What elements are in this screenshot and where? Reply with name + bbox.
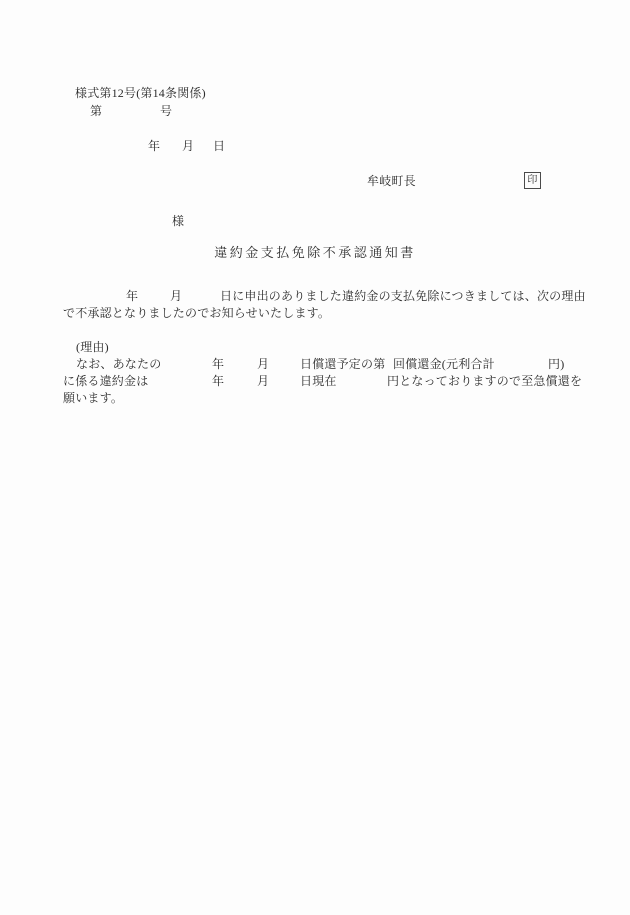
- issue-date-line: 年 月 日: [0, 139, 630, 154]
- penalty-lead-text: に係る違約金は: [63, 374, 148, 389]
- form-number: 様式第12号(第14条関係): [75, 86, 206, 101]
- issue-date-month-label: 月: [182, 139, 194, 154]
- issuer-name: 牟岐町長: [367, 174, 416, 189]
- paragraph2-line3: 願います。: [63, 391, 123, 406]
- addressee-honorific: 様: [172, 214, 184, 229]
- current-date-year-label: 年: [212, 374, 224, 389]
- paragraph1-line2: で不承認となりましたのでお知らせいたします。: [63, 306, 330, 321]
- document-number-prefix: 第: [90, 104, 102, 119]
- paragraph1-line1: 年 月 日に申出のありました違約金の支払免除につきましては、次の理由: [63, 289, 573, 304]
- issuer-line: 牟岐町長 印: [0, 174, 630, 191]
- reason-label: (理由): [76, 340, 109, 355]
- application-date-month-label: 月: [170, 289, 182, 304]
- penalty-amount-text: 円となっておりますので至急償還を: [387, 374, 582, 389]
- issue-date-day-label: 日: [213, 139, 225, 154]
- application-date-year-label: 年: [126, 289, 138, 304]
- repayment-date-month-label: 月: [257, 357, 269, 372]
- current-date-month-label: 月: [257, 374, 269, 389]
- paragraph2-line1: なお、あなたの 年 月 日償還予定の第 回償還金(元利合計 円): [0, 357, 630, 372]
- repayment-date-year-label: 年: [212, 357, 224, 372]
- seal-mark: 印: [524, 172, 541, 189]
- seal-label: 印: [527, 176, 537, 186]
- paragraph2-line2: に係る違約金は 年 月 日現在 円となっておりますので至急償還を: [0, 374, 630, 389]
- document-page: 様式第12号(第14条関係) 第 号 年 月 日 牟岐町長 印 様 違約金支払免…: [0, 0, 630, 915]
- paragraph1-text: 日に申出のありました違約金の支払免除につきましては、次の理由: [220, 289, 586, 304]
- issue-date-year-label: 年: [148, 139, 160, 154]
- paragraph2-lead: なお、あなたの: [76, 357, 161, 372]
- document-number-line: 第 号: [0, 104, 630, 119]
- document-number-suffix: 号: [160, 104, 172, 119]
- installment-amount-text: 回償還金(元利合計: [393, 357, 495, 372]
- installment-amount-yen-close: 円): [548, 357, 564, 372]
- document-title: 違約金支払免除不承認通知書: [0, 245, 630, 260]
- repayment-schedule-text: 日償還予定の第: [300, 357, 385, 372]
- current-date-text: 日現在: [300, 374, 337, 389]
